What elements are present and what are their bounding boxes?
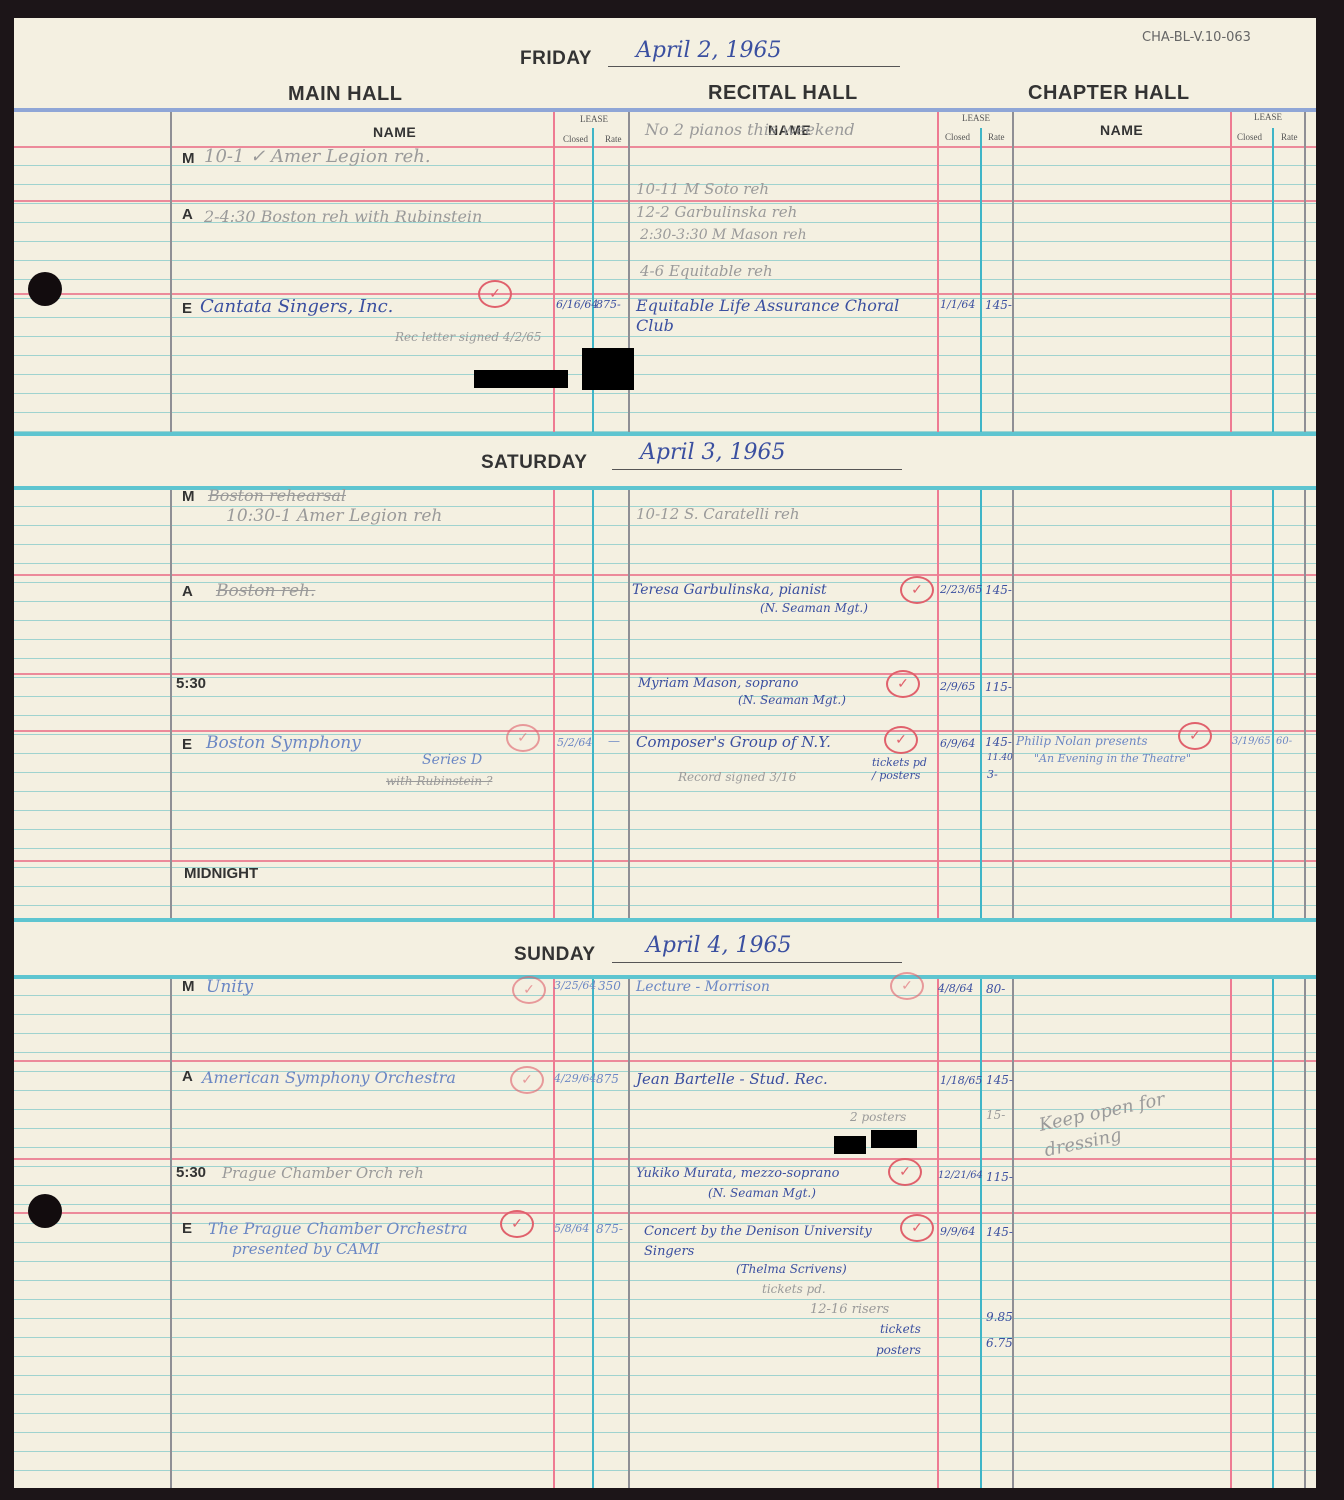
closed-date: 2/9/65 [940, 680, 975, 693]
entry-text: 4-6 Equitable reh [640, 262, 773, 280]
rate-value: 80- [986, 982, 1005, 996]
closed-date: 1/18/65 [940, 1074, 982, 1087]
entry-note: tickets pd. [762, 1282, 826, 1296]
rate-value: 9.85 [986, 1310, 1013, 1324]
rate-value: 145- [985, 298, 1012, 312]
rate-value: 875- [596, 298, 621, 311]
entry-text: Unity [206, 977, 253, 997]
check-icon: ✓ [886, 670, 920, 698]
entry-text: 10-12 S. Caratelli reh [636, 505, 800, 523]
rate-value: 145- [985, 583, 1012, 597]
lease-header: LEASE [962, 113, 990, 123]
rate-value: 145- [986, 1225, 1013, 1239]
entry-note: Series D [422, 752, 482, 768]
check-icon: ✓ [890, 972, 924, 1000]
check-icon: ✓ [1178, 722, 1212, 750]
closed-date: 5/2/64 [557, 736, 592, 749]
main-hall-title: MAIN HALL [288, 83, 402, 106]
name-header: NAME [373, 124, 416, 140]
recital-hall-title: RECITAL HALL [708, 82, 858, 105]
entry-text: Jean Bartelle - Stud. Rec. [636, 1070, 828, 1088]
column-divider [1012, 110, 1014, 1488]
rate-value: 875 [596, 1072, 619, 1086]
rate-value: 115- [985, 680, 1012, 694]
entry-note: Rec letter signed 4/2/65 [395, 330, 542, 344]
check-icon: ✓ [512, 976, 546, 1004]
entry-text: Myriam Mason, soprano [638, 676, 798, 691]
closed-date: 4/8/64 [938, 982, 973, 995]
day-separator [14, 432, 1316, 436]
entry-note: (N. Seaman Mgt.) [738, 693, 846, 707]
rate-value: — [608, 734, 620, 748]
rate-value: 60- [1276, 736, 1292, 747]
rate-value: 875- [596, 1222, 623, 1236]
name-header: NAME [1100, 122, 1143, 138]
column-divider [980, 128, 982, 1488]
entry-text: American Symphony Orchestra [202, 1068, 456, 1087]
header-rule [14, 108, 1316, 112]
check-icon: ✓ [500, 1210, 534, 1238]
day-separator [14, 918, 1316, 922]
reference-id: CHA-BL-V.10-063 [1142, 30, 1251, 45]
rate-header: Rate [605, 134, 622, 144]
check-icon: ✓ [478, 280, 512, 308]
day-date: April 2, 1965 [636, 38, 782, 63]
column-divider [937, 110, 939, 1488]
column-divider [628, 110, 630, 1488]
redaction [834, 1136, 866, 1154]
entry-text: 10-11 M Soto reh [636, 180, 769, 198]
entry-text: Prague Chamber Orch reh [222, 1164, 424, 1182]
entry-text: Equitable Life Assurance Choral Club [636, 296, 926, 336]
day-date: April 3, 1965 [640, 440, 786, 465]
entry-text: Teresa Garbulinska, pianist [632, 582, 827, 598]
day-date: April 4, 1965 [646, 933, 792, 958]
rate-value: 6.75 [986, 1336, 1013, 1350]
day-label: FRIDAY [520, 48, 592, 70]
redaction [474, 370, 568, 388]
rate-value: 3- [987, 768, 998, 781]
entry-note: tickets [880, 1322, 921, 1336]
closed-date: 4/29/64 [554, 1072, 596, 1085]
rate-value: 145- [986, 1073, 1013, 1087]
lease-header: LEASE [1254, 112, 1282, 122]
column-divider [1272, 128, 1274, 1488]
entry-note: (N. Seaman Mgt.) [760, 601, 868, 615]
closed-date: 5/8/64 [554, 1222, 589, 1235]
entry-text: Yukiko Murata, mezzo-soprano [636, 1166, 840, 1181]
rate-value: 11.40 [987, 753, 1013, 763]
column-divider [592, 128, 594, 1488]
rate-value: 145- [985, 735, 1012, 749]
entry-text: Composer's Group of N.Y. [636, 733, 831, 751]
binder-hole [28, 1194, 62, 1228]
entry-note: No 2 pianos this weekend [645, 120, 855, 139]
rate-value: 115- [986, 1170, 1013, 1184]
closed-header: Closed [945, 132, 970, 142]
check-icon: ✓ [900, 1214, 934, 1242]
closed-date: 9/9/64 [940, 1225, 975, 1238]
entry-text: 10-1 ✓ Amer Legion reh. [204, 146, 431, 167]
closed-header: Closed [1237, 132, 1262, 142]
day-label: SUNDAY [514, 944, 596, 966]
column-divider [1304, 110, 1306, 1488]
check-icon: ✓ [510, 1066, 544, 1094]
entry-note: with Rubinstein ? [386, 774, 492, 788]
closed-date: 2/23/65 [940, 583, 982, 596]
entry-text: Philip Nolan presents [1016, 734, 1148, 748]
entry-text: The Prague Chamber Orchestra [208, 1219, 468, 1238]
column-divider [1230, 110, 1232, 1488]
entry-note: "An Evening in the Theatre" [1034, 752, 1191, 765]
closed-date: 6/9/64 [940, 737, 975, 750]
rate-header: Rate [1281, 132, 1298, 142]
column-divider [170, 110, 172, 1488]
entry-text: Boston Symphony [206, 733, 361, 753]
closed-date: 12/21/64 [938, 1170, 983, 1181]
check-icon: ✓ [506, 724, 540, 752]
entry-text: 10:30-1 Amer Legion reh [226, 506, 442, 526]
entry-text: 2-4:30 Boston reh with Rubinstein [204, 204, 534, 230]
entry-text: Lecture - Morrison [636, 979, 770, 995]
lease-header: LEASE [580, 114, 608, 124]
column-divider [553, 110, 555, 1488]
entry-note: 2 posters [850, 1110, 906, 1124]
entry-note: 12-16 risers [810, 1302, 889, 1317]
entry-text: Boston rehearsal [208, 486, 346, 505]
rate-value: 15- [986, 1108, 1005, 1122]
entry-note: tickets pd / posters [872, 756, 932, 782]
redaction [582, 348, 634, 390]
check-icon: ✓ [900, 576, 934, 604]
check-icon: ✓ [884, 726, 918, 754]
entry-note: presented by CAMI [232, 1240, 380, 1258]
rate-header: Rate [988, 132, 1005, 142]
entry-note: (N. Seaman Mgt.) [708, 1186, 816, 1200]
entry-note: Record signed 3/16 [678, 770, 796, 784]
entry-text: Boston reh. [216, 581, 315, 601]
entry-note: posters [876, 1343, 921, 1357]
entry-text: Concert by the Denison University Singer… [644, 1222, 904, 1262]
entry-text: 12-2 Garbulinska reh [636, 203, 797, 221]
check-icon: ✓ [888, 1158, 922, 1186]
entry-text: 2:30-3:30 M Mason reh [640, 227, 807, 243]
entry-text: Cantata Singers, Inc. [200, 296, 393, 317]
redaction [871, 1130, 917, 1148]
binder-hole [28, 272, 62, 306]
day-label: SATURDAY [481, 452, 587, 474]
closed-date: 3/19/65 [1232, 736, 1271, 747]
closed-date: 6/16/64 [556, 298, 598, 311]
closed-date: 1/1/64 [940, 298, 975, 311]
chapter-hall-title: CHAPTER HALL [1028, 82, 1190, 105]
closed-date: 3/25/64 [554, 979, 596, 992]
closed-header: Closed [563, 134, 588, 144]
entry-note: (Thelma Scrivens) [736, 1262, 847, 1276]
rate-value: 350 [598, 979, 621, 993]
